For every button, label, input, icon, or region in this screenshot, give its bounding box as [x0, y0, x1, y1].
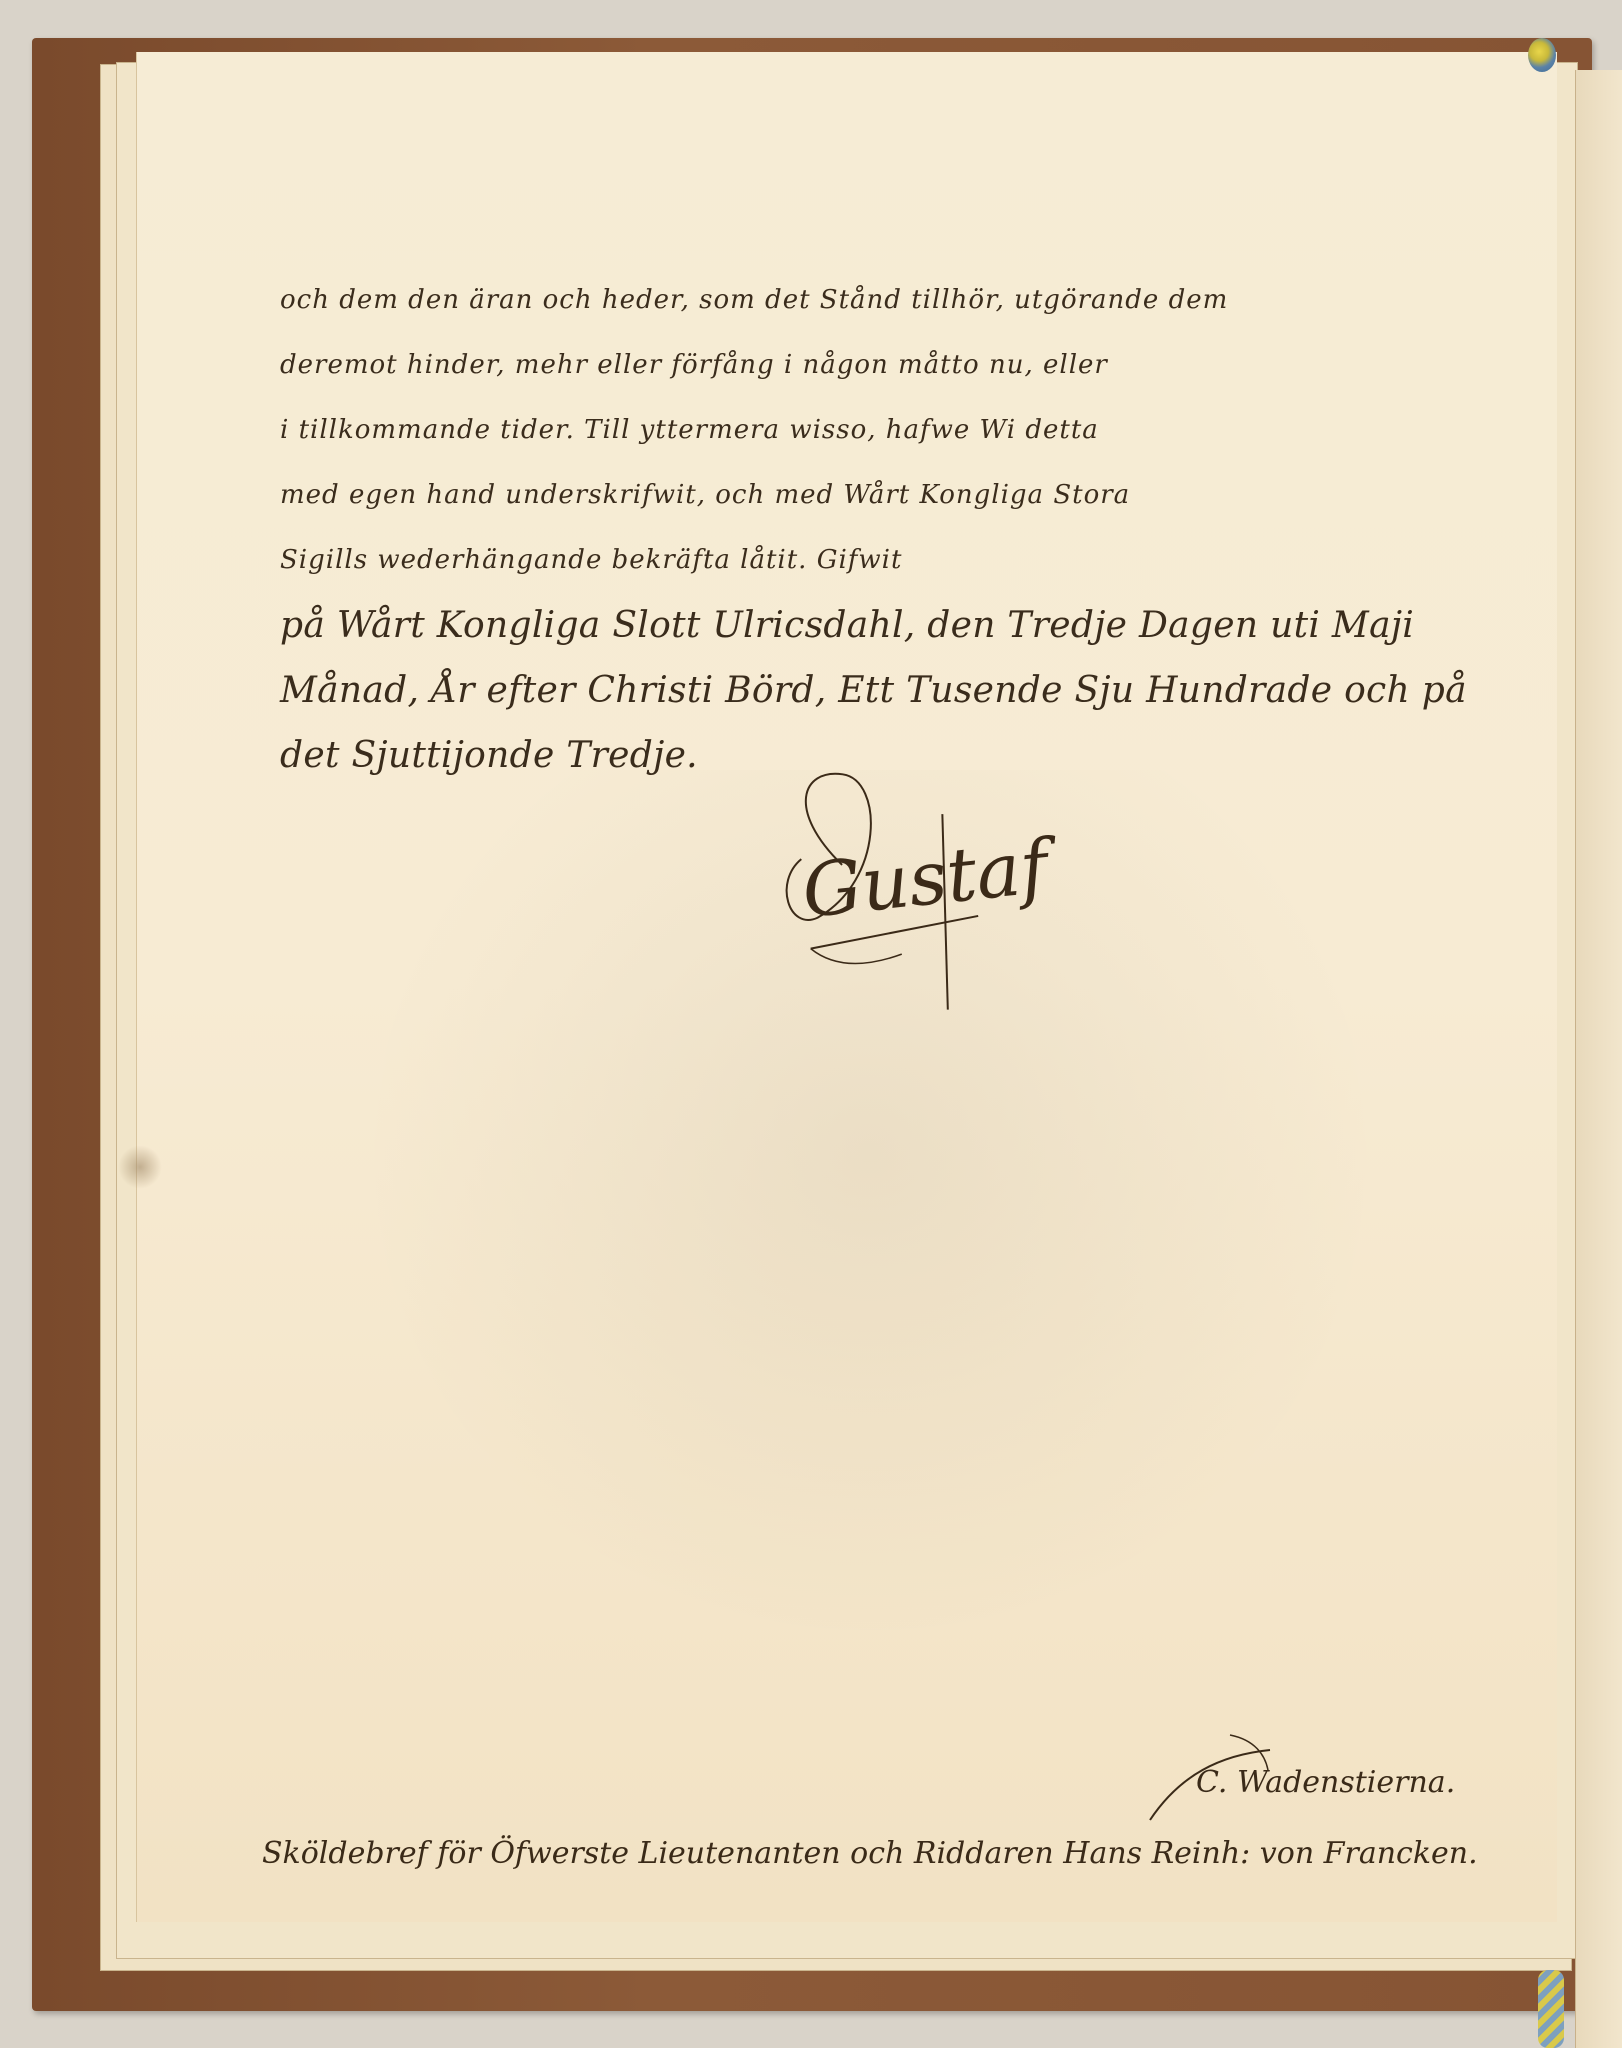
countersignature: C. Wadenstierna.	[1196, 1765, 1455, 1800]
body-line: Sigills wederhängande bekräfta låtit. Gi…	[280, 528, 1420, 593]
body-line: och dem den äran och heder, som det Stån…	[280, 268, 1420, 333]
royal-signature: Gustaf	[762, 749, 1018, 1032]
seal-cord-tassel-top	[1528, 38, 1556, 72]
seal-cord-tassel-bottom	[1538, 1970, 1564, 2048]
facing-page-edge	[1575, 70, 1622, 2048]
footer-caption: Sköldebref för Öfwerste Lieutenanten och…	[262, 1836, 1478, 1871]
body-text: och dem den äran och heder, som det Stån…	[280, 268, 1420, 788]
date-line: Månad, År efter Christi Börd, Ett Tusend…	[280, 658, 1420, 723]
paper-stain	[118, 1145, 162, 1189]
date-line: på Wårt Kongliga Slott Ulricsdahl, den T…	[280, 593, 1420, 658]
body-line: med egen hand underskrifwit, och med Wår…	[280, 463, 1420, 528]
body-line: i tillkommande tider. Till yttermera wis…	[280, 398, 1420, 463]
body-line: deremot hinder, mehr eller förfång i någ…	[280, 333, 1420, 398]
